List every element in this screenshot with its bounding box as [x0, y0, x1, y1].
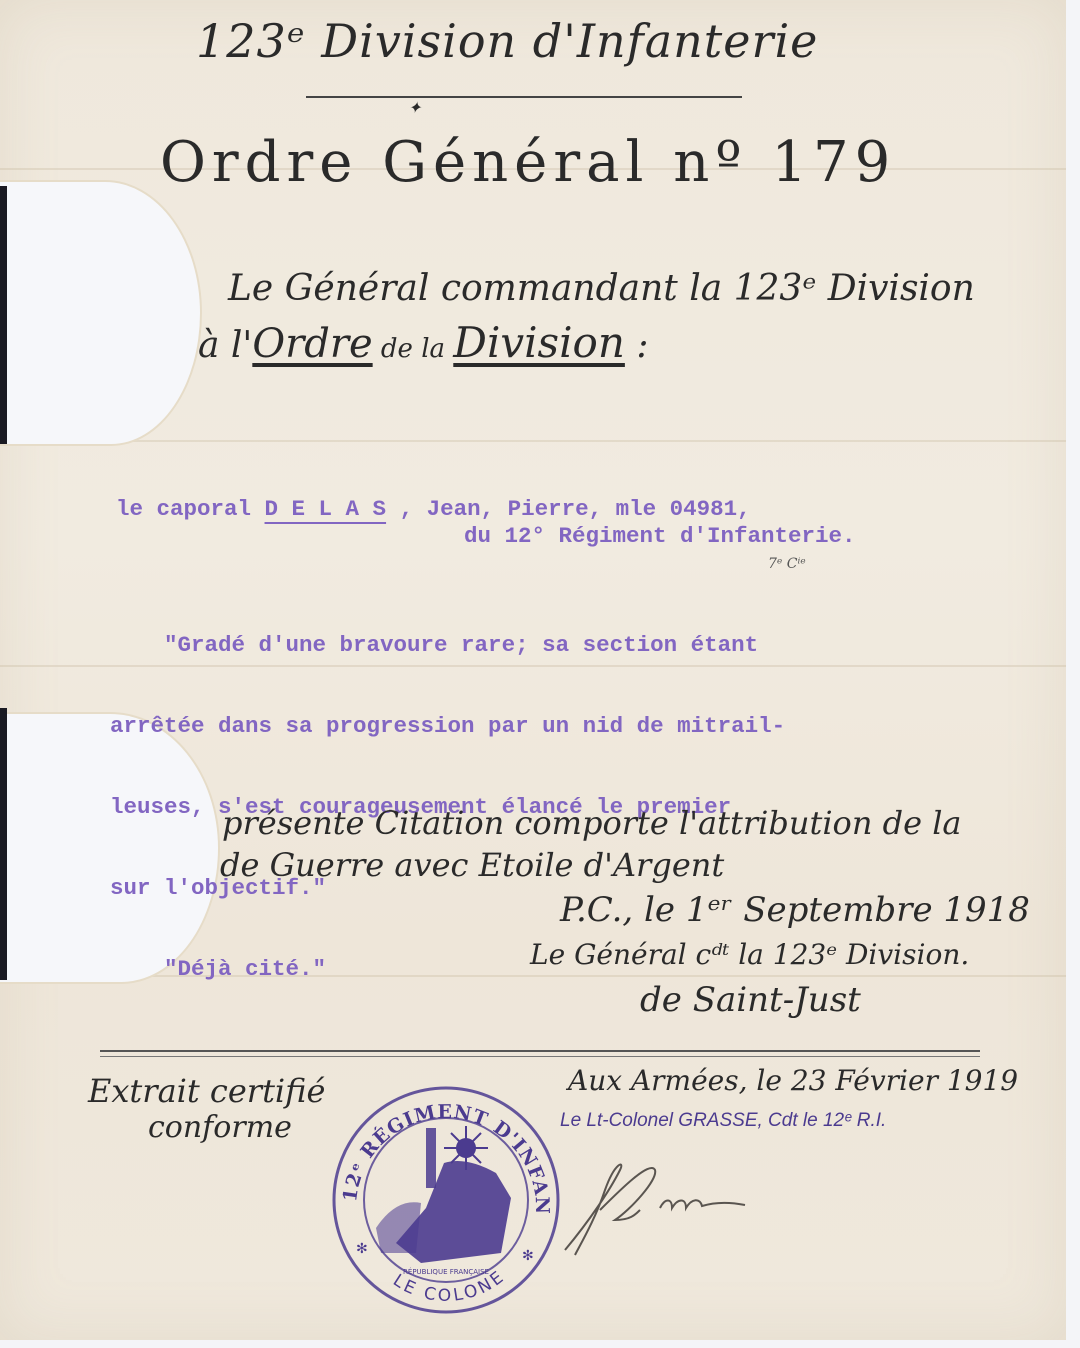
header-divider — [306, 96, 742, 98]
intro-suffix: : — [625, 325, 649, 366]
division-heading: 123ᵉ Division d'Infanterie — [196, 14, 818, 68]
citation-prefix: le caporal — [116, 496, 265, 522]
intro-line-1: Le Général commandant la 123ᵉ Division — [228, 268, 975, 309]
seal-star-icon: ✻ — [356, 1241, 368, 1257]
section-divider — [100, 1050, 980, 1057]
intro-line-2: à l'Ordre de la Division : — [198, 318, 648, 367]
citation-text-line: arrêtée dans sa progression par un nid d… — [110, 713, 785, 740]
intro-mid: de la — [373, 334, 454, 364]
certification-date: Aux Armées, le 23 Février 1919 — [568, 1064, 1018, 1097]
officer-stamp: Le Lt-Colonel GRASSE, Cdt le 12ᵉ R.I. — [560, 1110, 886, 1132]
scanner-edge — [0, 186, 7, 444]
citation-details: , Jean, Pierre, mle 04981, — [386, 496, 751, 522]
general-name: de Saint-Just — [640, 980, 861, 1020]
general-title: Le Général cᵈᵗ la 123ᵉ Division. — [530, 938, 969, 971]
scanner-edge — [0, 708, 7, 980]
award-line-2: de Guerre avec Etoile d'Argent — [220, 846, 724, 884]
paper-crease — [0, 440, 1066, 442]
order-title: Ordre Général nº 179 — [160, 130, 896, 195]
intro-ordre: Ordre — [252, 321, 372, 367]
seal-star-icon: ✻ — [522, 1248, 534, 1264]
intro-division: Division — [453, 318, 625, 367]
margin-annotation: 7ᵉ Cⁱᵉ — [768, 556, 806, 572]
divider-ornament: ✦ — [408, 98, 421, 117]
citation-text-line: "Gradé d'une bravoure rare; sa section é… — [110, 632, 785, 659]
citation-surname: D E L A S — [265, 496, 387, 522]
award-line-1: présente Citation comporte l'attribution… — [222, 804, 962, 842]
document-paper: 123ᵉ Division d'Infanterie ✦ Ordre Génér… — [0, 0, 1066, 1340]
extract-certified: Extrait certifié — [88, 1072, 325, 1110]
colonel-signature — [560, 1150, 760, 1260]
place-date: P.C., le 1ᵉʳ Septembre 1918 — [560, 890, 1030, 930]
torn-hole-upper — [0, 180, 202, 446]
seal-inner-text: RÉPUBLIQUE FRANÇAISE — [403, 1267, 489, 1276]
intro-prefix: à l' — [198, 325, 252, 366]
citation-regiment: du 12° Régiment d'Infanterie. — [464, 523, 856, 550]
marianne-figure-icon — [376, 1126, 511, 1263]
citation-name-line: le caporal D E L A S , Jean, Pierre, mle… — [116, 496, 751, 523]
regiment-seal: 12ᵉ RÉGIMENT D'INFANTERIE RÉPUBLIQUE FRA… — [326, 1078, 566, 1318]
extract-conforme: conforme — [148, 1110, 292, 1145]
